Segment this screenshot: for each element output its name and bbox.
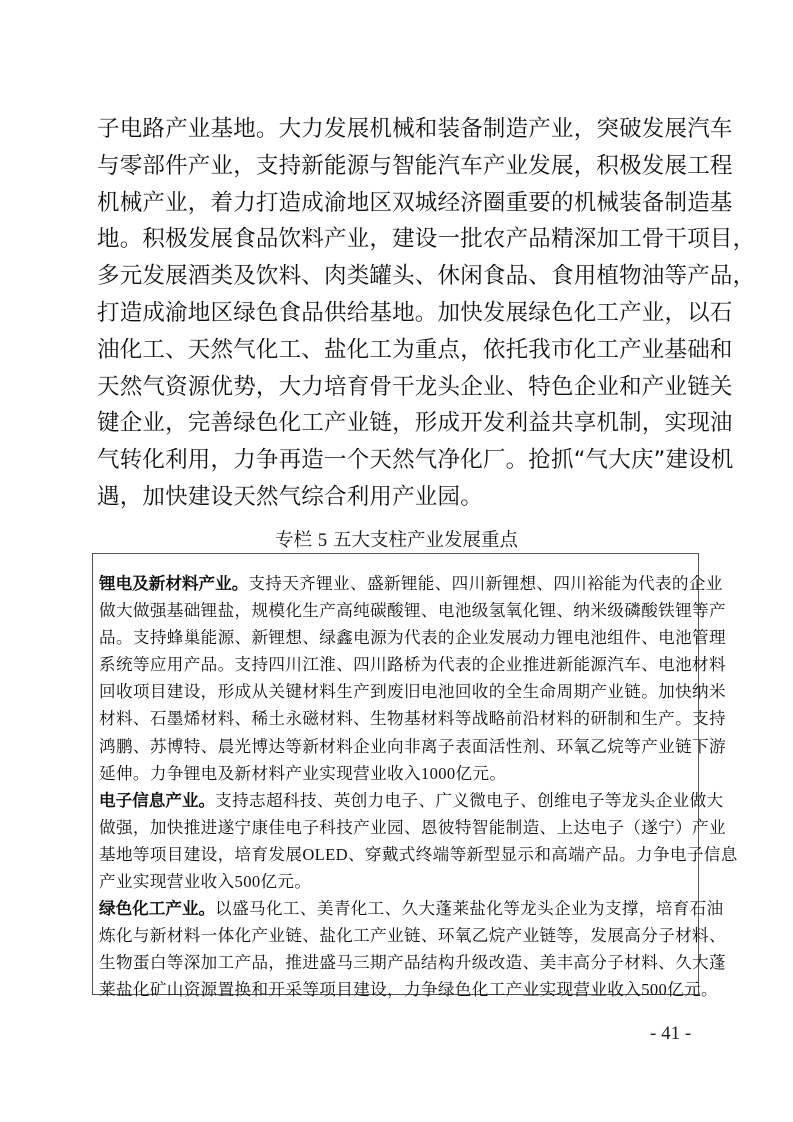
section-chemical-line: 炼化与新材料一体化产业链、盐化工产业链、环氧乙烷产业链等，发展高分子材料、 — [99, 922, 697, 949]
body-line: 地。积极发展食品饮料产业，建设一批农产品精深加工骨干项目， — [97, 221, 697, 258]
body-line: 油化工、天然气化工、盐化工为重点，依托我市化工产业基础和 — [97, 332, 697, 369]
section-lithium-heading: 锂电及新材料产业。 — [99, 574, 248, 593]
section-electronics-line: 做强，加快推进遂宁康佳电子科技产业园、恩彼特智能制造、上达电子（遂宁）产业 — [99, 814, 697, 841]
feature-box-content: 锂电及新材料产业。支持天齐锂业、盛新锂能、四川新锂想、四川裕能为代表的企业 做大… — [99, 570, 697, 1004]
body-line: 天然气资源优势，大力培育骨干龙头企业、特色企业和产业链关 — [97, 369, 697, 406]
box-title-number: 5 — [318, 531, 327, 551]
section-lithium-line: 锂电及新材料产业。支持天齐锂业、盛新锂能、四川新锂想、四川裕能为代表的企业 — [99, 570, 697, 597]
section-electronics-line: 电子信息产业。支持志超科技、英创力电子、广义微电子、创维电子等龙头企业做大 — [99, 787, 697, 814]
section-lithium-line: 品。支持蜂巢能源、新锂想、绿鑫电源为代表的企业发展动力锂电池组件、电池管理 — [99, 624, 697, 651]
section-lithium-text: 支持天齐锂业、盛新锂能、四川新锂想、四川裕能为代表的企业 — [248, 574, 722, 593]
box-title-text: 五大支柱产业发展重点 — [333, 530, 518, 551]
body-line: 与零部件产业，支持新能源与智能汽车产业发展，积极发展工程 — [97, 148, 697, 185]
body-line: 遇，加快建设天然气综合利用产业园。 — [97, 479, 697, 516]
section-lithium-line: 延伸。力争锂电及新材料产业实现营业收入1000亿元。 — [99, 760, 697, 787]
section-lithium-line: 鸿鹏、苏博特、晨光博达等新材料企业向非离子表面活性剂、环氧乙烷等产业链下游 — [99, 733, 697, 760]
box-title-prefix: 专栏 — [275, 530, 312, 551]
section-chemical-text: 以盛马化工、美青化工、久大蓬莱盐化等龙头企业为支撑，培育石油 — [215, 899, 723, 918]
section-electronics-line: 基地等项目建设，培育发展OLED、穿戴式终端等新型显示和高端产品。力争电子信息 — [99, 841, 697, 868]
body-line: 机械产业，着力打造成渝地区双城经济圈重要的机械装备制造基 — [97, 185, 697, 222]
body-paragraph: 子电路产业基地。大力发展机械和装备制造产业，突破发展汽车 与零部件产业，支持新能… — [97, 111, 697, 516]
body-line: 子电路产业基地。大力发展机械和装备制造产业，突破发展汽车 — [97, 111, 697, 148]
section-lithium-line: 做大做强基础锂盐，规模化生产高纯碳酸锂、电池级氢氧化锂、纳米级磷酸铁锂等产 — [99, 597, 697, 624]
box-title: 专栏 5 五大支柱产业发展重点 — [0, 529, 793, 553]
body-line: 打造成渝地区绿色食品供给基地。加快发展绿色化工产业，以石 — [97, 295, 697, 332]
section-chemical-line: 莱盐化矿山资源置换和开采等项目建设，力争绿色化工产业实现营业收入500亿元。 — [99, 976, 697, 1003]
body-line: 键企业，完善绿色化工产业链，形成开发利益共享机制，实现油 — [97, 405, 697, 442]
section-electronics-heading: 电子信息产业。 — [99, 791, 215, 810]
section-electronics-line: 产业实现营业收入500亿元。 — [99, 868, 697, 895]
section-chemical-heading: 绿色化工产业。 — [99, 899, 215, 918]
section-lithium-line: 回收项目建设，形成从关键材料生产到废旧电池回收的全生命周期产业链。加快纳米 — [99, 678, 697, 705]
body-line: 多元发展酒类及饮料、肉类罐头、休闲食品、食用植物油等产品， — [97, 258, 697, 295]
section-lithium-line: 材料、石墨烯材料、稀土永磁材料、生物基材料等战略前沿材料的研制和生产。支持 — [99, 705, 697, 732]
body-line: 气转化利用，力争再造一个天然气净化厂。抢抓“气大庆”建设机 — [97, 442, 697, 479]
section-chemical-line: 生物蛋白等深加工产品，推进盛马三期产品结构升级改造、美丰高分子材料、久大蓬 — [99, 949, 697, 976]
section-lithium-line: 系统等应用产品。支持四川江淮、四川路桥为代表的企业推进新能源汽车、电池材料 — [99, 651, 697, 678]
page-number: - 41 - — [650, 1022, 691, 1046]
section-electronics-text: 支持志超科技、英创力电子、广义微电子、创维电子等龙头企业做大 — [215, 791, 723, 810]
feature-box: 锂电及新材料产业。支持天齐锂业、盛新锂能、四川新锂想、四川裕能为代表的企业 做大… — [92, 553, 699, 995]
section-chemical-line: 绿色化工产业。以盛马化工、美青化工、久大蓬莱盐化等龙头企业为支撑，培育石油 — [99, 895, 697, 922]
